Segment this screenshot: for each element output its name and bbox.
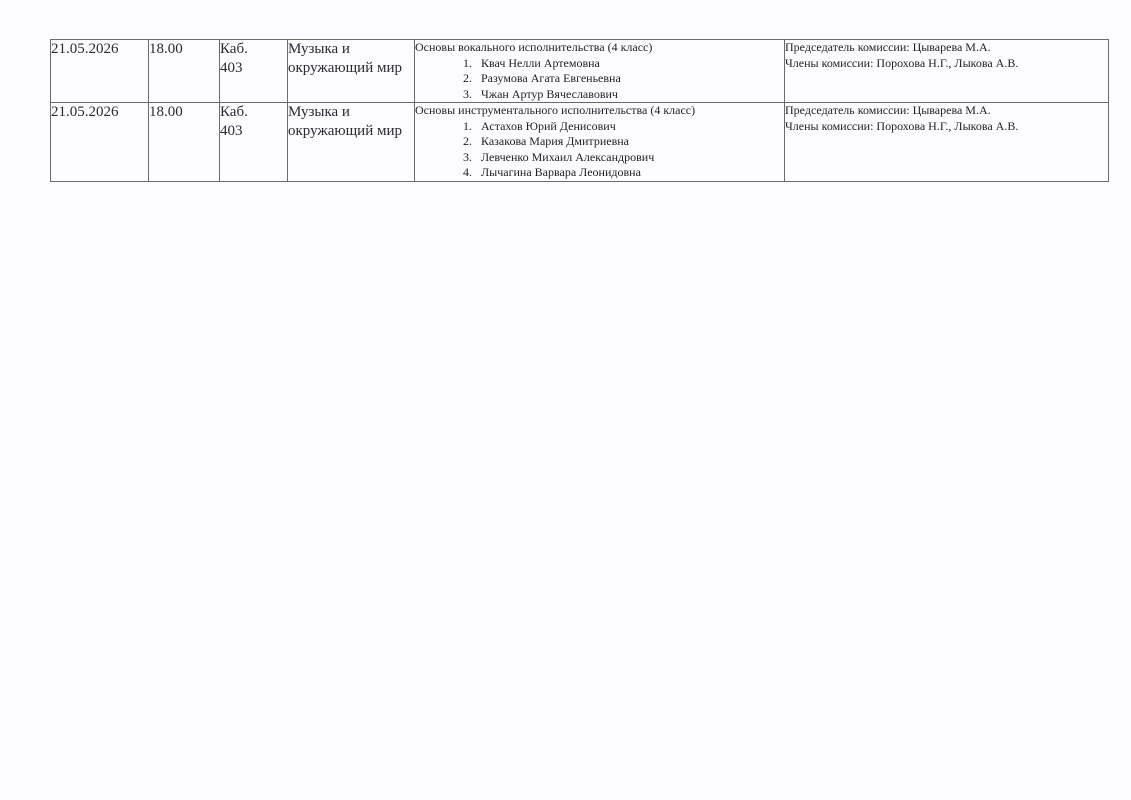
room-number: 403 [220,122,287,141]
list-number: 4. [415,165,481,181]
date-text: 21.05.2026 [51,41,119,57]
program-cell: Основы инструментального исполнительства… [415,103,785,182]
subject-text: Музыка и окружающий мир [288,41,402,76]
table-row: 21.05.2026 18.00 Каб. 403 Музыка и окруж… [51,103,1109,182]
participant-name: Астахов Юрий Денисович [481,119,616,135]
room-number: 403 [220,59,287,78]
commission-members: Члены комиссии: Порохова Н.Г., Лыкова А.… [785,56,1108,72]
participant-name: Казакова Мария Дмитриевна [481,134,629,150]
list-number: 1. [415,56,481,72]
subject-text: Музыка и окружающий мир [288,104,402,139]
room-label: Каб. [220,103,287,122]
list-number: 3. [415,87,481,103]
date-cell: 21.05.2026 [51,40,149,103]
list-number: 1. [415,119,481,135]
time-cell: 18.00 [149,40,220,103]
participant-name: Квач Нелли Артемовна [481,56,600,72]
participant-name: Лычагина Варвара Леонидовна [481,165,641,181]
participant-name: Чжан Артур Вячеславович [481,87,618,103]
list-item: 2.Казакова Мария Дмитриевна [415,134,784,150]
room-label: Каб. [220,40,287,59]
list-item: 3.Чжан Артур Вячеславович [415,87,784,103]
document-page: 21.05.2026 18.00 Каб. 403 Музыка и окруж… [0,0,1131,800]
commission-members: Члены комиссии: Порохова Н.Г., Лыкова А.… [785,119,1108,135]
commission-chair: Председатель комиссии: Цыварева М.А. [785,40,1108,56]
subject-cell: Музыка и окружающий мир [288,40,415,103]
participant-name: Левченко Михаил Александрович [481,150,654,166]
date-text: 21.05.2026 [51,104,119,120]
list-item: 4.Лычагина Варвара Леонидовна [415,165,784,181]
program-title: Основы инструментального исполнительства… [415,103,784,119]
list-item: 1.Квач Нелли Артемовна [415,56,784,72]
participants-list: 1.Квач Нелли Артемовна 2.Разумова Агата … [415,56,784,103]
commission-cell: Председатель комиссии: Цыварева М.А. Чле… [785,103,1109,182]
program-title: Основы вокального исполнительства (4 кла… [415,40,784,56]
time-cell: 18.00 [149,103,220,182]
list-item: 3.Левченко Михаил Александрович [415,150,784,166]
time-text: 18.00 [149,41,183,57]
list-number: 3. [415,150,481,166]
list-number: 2. [415,71,481,87]
date-cell: 21.05.2026 [51,103,149,182]
participant-name: Разумова Агата Евгеньевна [481,71,621,87]
list-item: 2.Разумова Агата Евгеньевна [415,71,784,87]
commission-cell: Председатель комиссии: Цыварева М.А. Чле… [785,40,1109,103]
table-row: 21.05.2026 18.00 Каб. 403 Музыка и окруж… [51,40,1109,103]
list-number: 2. [415,134,481,150]
participants-list: 1.Астахов Юрий Денисович 2.Казакова Мари… [415,119,784,181]
room-cell: Каб. 403 [220,40,288,103]
program-cell: Основы вокального исполнительства (4 кла… [415,40,785,103]
room-cell: Каб. 403 [220,103,288,182]
exam-schedule-table: 21.05.2026 18.00 Каб. 403 Музыка и окруж… [50,39,1109,182]
time-text: 18.00 [149,104,183,120]
commission-chair: Председатель комиссии: Цыварева М.А. [785,103,1108,119]
subject-cell: Музыка и окружающий мир [288,103,415,182]
list-item: 1.Астахов Юрий Денисович [415,119,784,135]
